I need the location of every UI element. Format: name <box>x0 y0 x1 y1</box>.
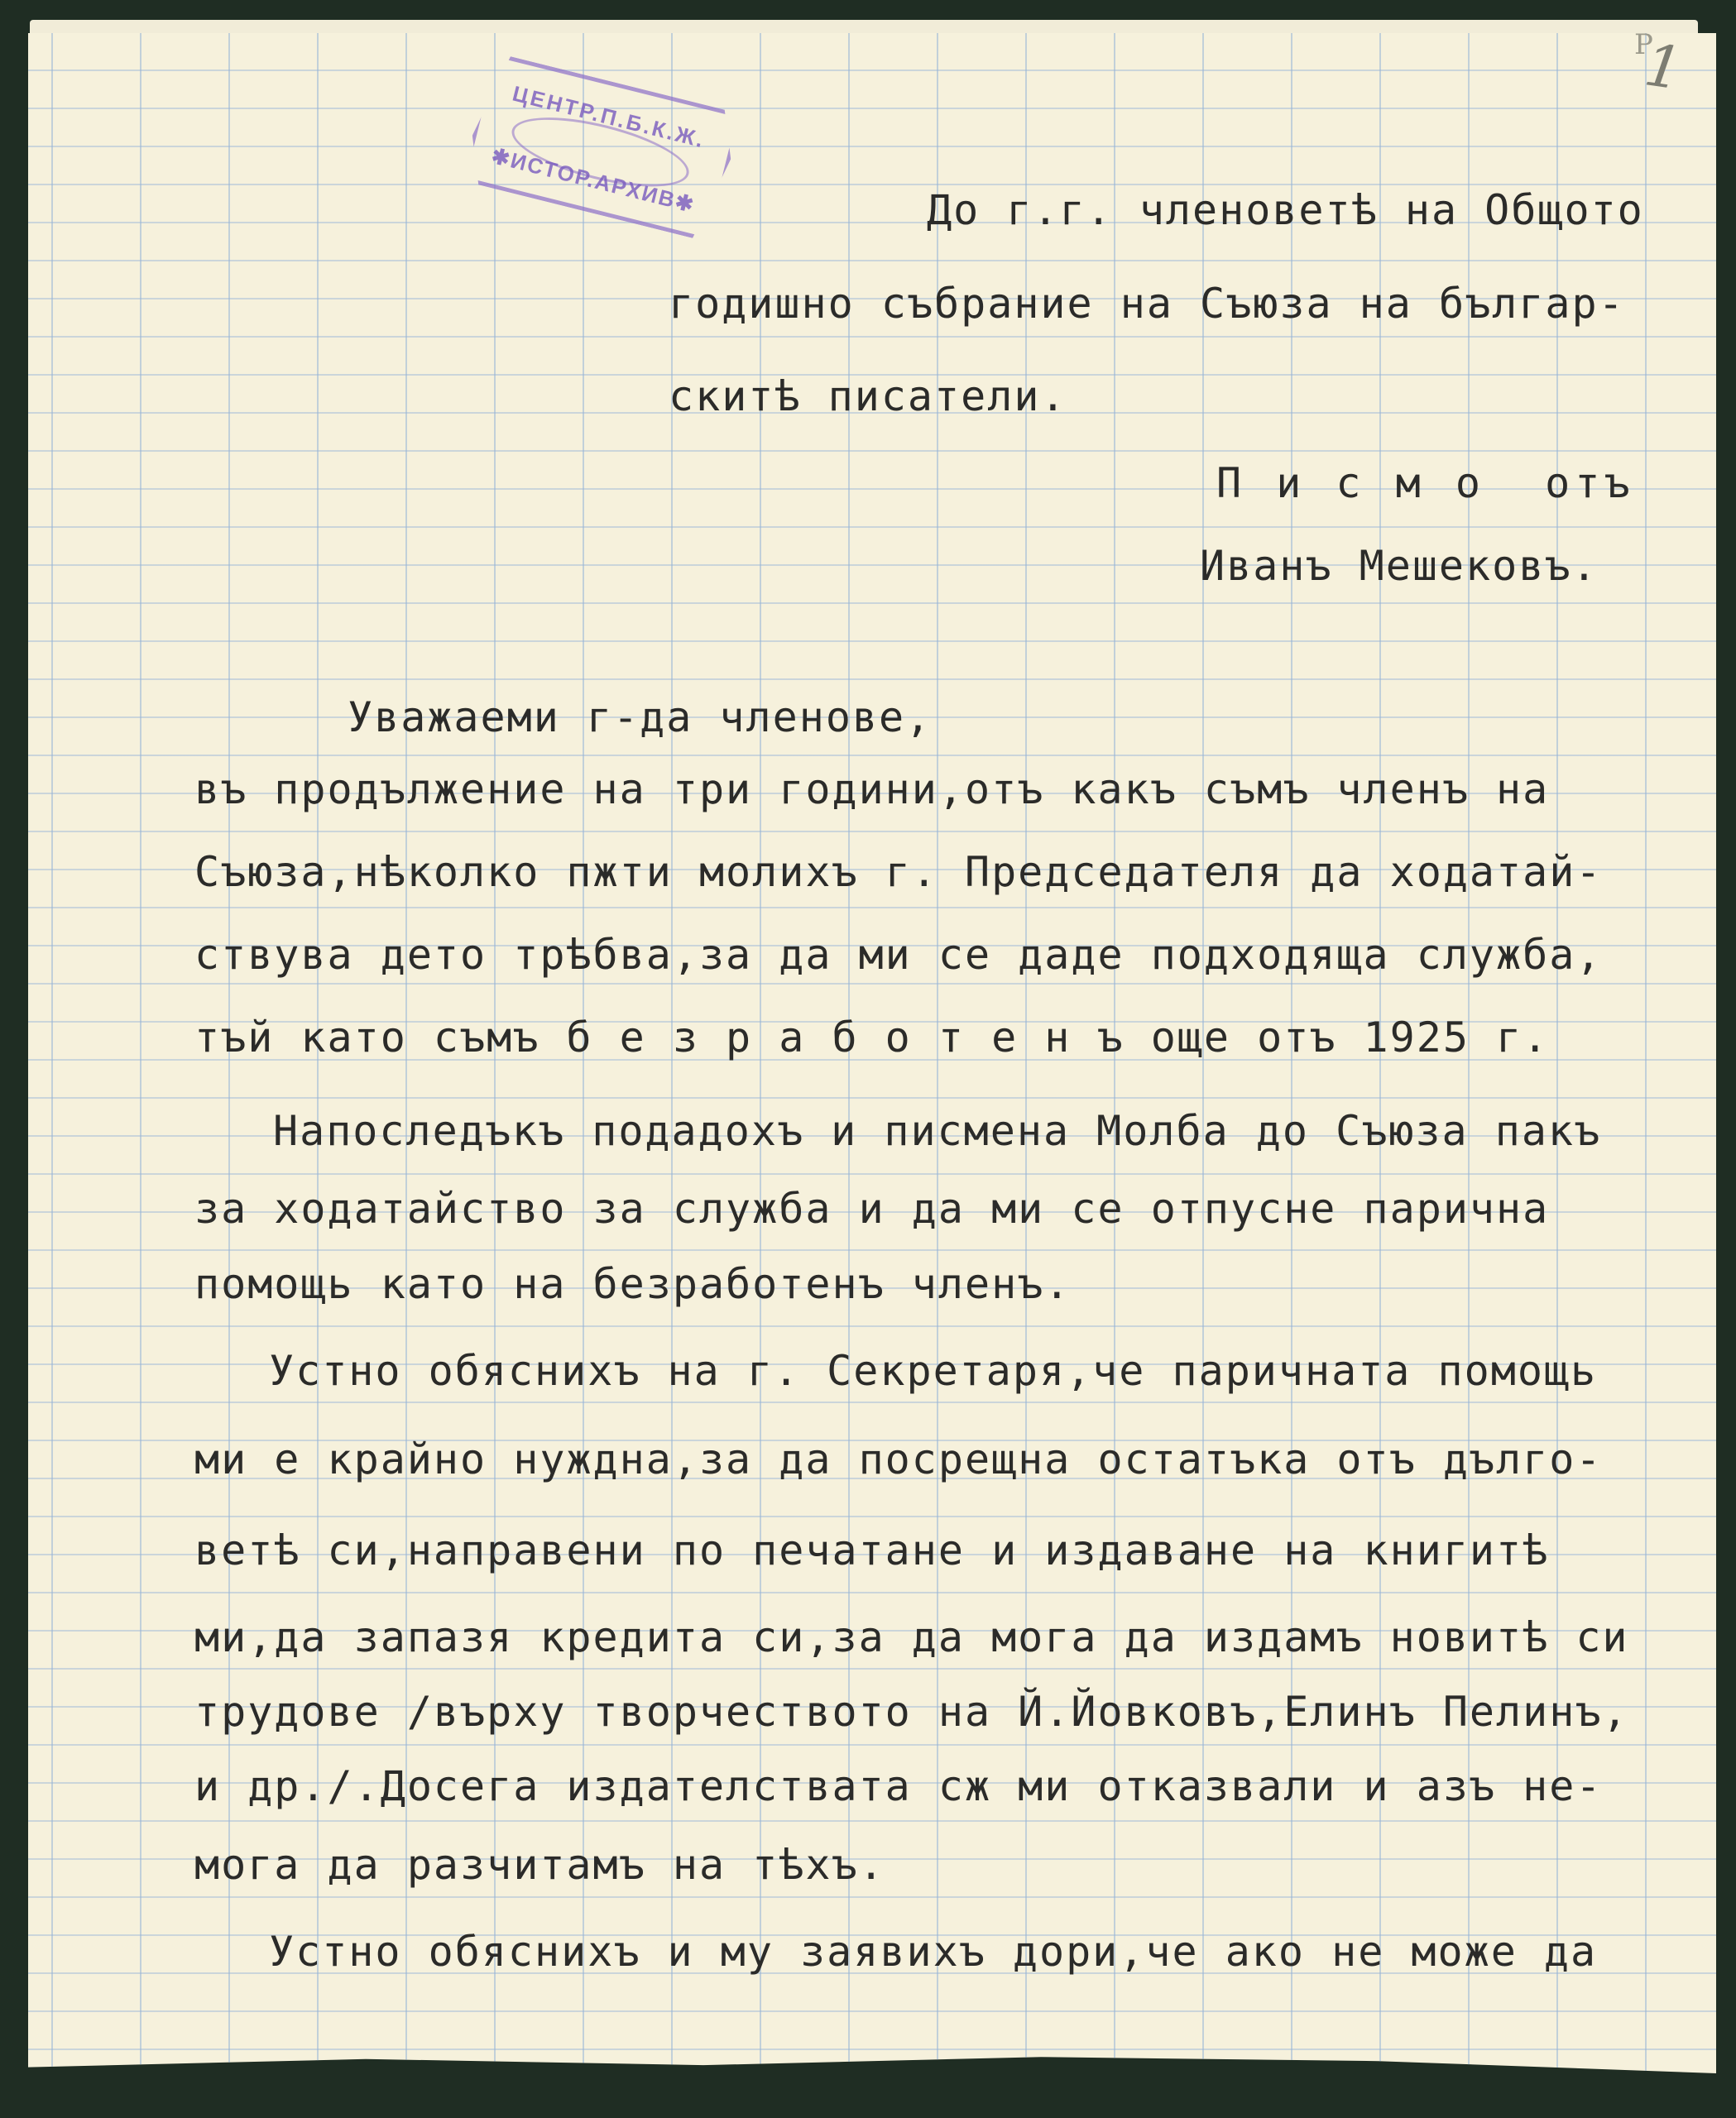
body-line: ствува дето трѣбва,за да ми се даде подх… <box>194 931 1602 979</box>
address-line-1: До г.г. членоветѣ на Общото <box>927 186 1644 234</box>
body-line: мога да разчитамъ на тѣхъ. <box>194 1841 885 1889</box>
letter-from: П и с м о отъ <box>1216 459 1634 507</box>
body-line: помощь като на безработенъ членъ. <box>194 1260 1071 1308</box>
body-line: Съюза,нѣколко пжти молихъ г. Председател… <box>194 848 1602 896</box>
body-line: ми,да запазя кредита си,за да мога да из… <box>194 1613 1629 1661</box>
body-line: ми е крайно нуждна,за да посрещна остатъ… <box>194 1435 1602 1483</box>
salutation: Уважаеми г-да членове, <box>348 693 932 741</box>
body-line: въ продължение на три години,отъ какъ съ… <box>194 765 1549 813</box>
body-line: и др./.Досега издателствата сж ми отказв… <box>194 1762 1602 1810</box>
body-line: Напоследъкъ подадохъ и писмена Молба до … <box>273 1107 1601 1155</box>
author-name: Иванъ Мешековъ. <box>1200 542 1599 590</box>
body-line: ветѣ си,направени по печатане и издаване… <box>194 1526 1549 1574</box>
body-line: тъй като съмъ б е з р а б о т е н ъ още … <box>194 1013 1549 1061</box>
address-line-3: скитѣ писатели. <box>669 372 1067 420</box>
body-line: трудове /върху творчеството на Й.Йовковъ… <box>194 1688 1629 1736</box>
address-line-2: годишно събрание на Съюза на българ- <box>669 280 1625 328</box>
body-line: Устно обяснихъ на г. Секретаря,че паричн… <box>269 1347 1597 1395</box>
body-line: за ходатайство за служба и да ми се отпу… <box>194 1185 1549 1233</box>
body-line: Устно обяснихъ и му заявихъ дори,че ако … <box>269 1928 1597 1976</box>
